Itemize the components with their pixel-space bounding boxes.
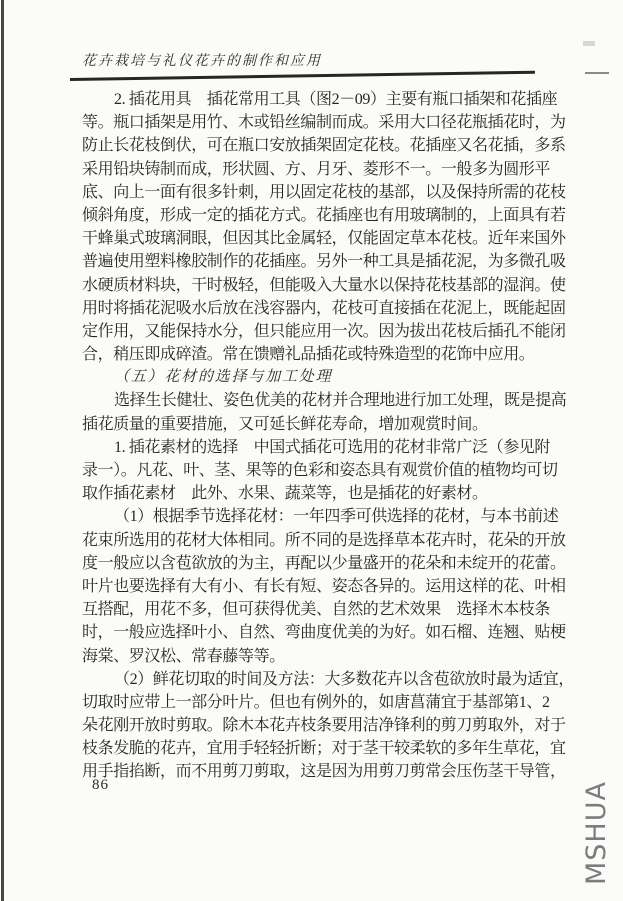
- text-line: 等。瓶口插架是用竹、木或铅丝编制而成。采用大口径花瓶插花时，为: [82, 111, 550, 134]
- text-line: 花束所选用的花材大体相同。所不同的是选择草本花卉时，花朵的开放: [82, 529, 550, 552]
- text-line: 插花质量的重要措施，又可延长鲜花寿命，增加观赏时间。: [82, 413, 550, 436]
- text-line: 朵花刚开放时剪取。除木本花卉枝条要用洁净锋利的剪刀剪取外，对于: [82, 714, 550, 737]
- text-line: 防止长花枝倒伏，可在瓶口安放插架固定花枝。花插座又名花插，多系: [82, 134, 550, 157]
- text-line: 普遍使用塑料橡胶制作的花插座。另外一种工具是插花泥，为多微孔吸: [82, 250, 550, 273]
- text-line: 选择生长健壮、姿色优美的花材并合理地进行加工处理，既是提高: [82, 389, 550, 412]
- book-page: 花卉栽培与礼仪花卉的制作和应用 2. 插花用具 插花常用工具（图2－09）主要有…: [0, 0, 623, 901]
- scan-artifact: [583, 41, 595, 46]
- text-line: 互搭配，用花不多，但可获得优美、自然的艺术效果 选择木本枝条: [82, 598, 550, 621]
- text-line: 倾斜角度，形成一定的插花方式。花插座也有用玻璃制的，上面具有若: [82, 204, 550, 227]
- text-line: 海棠、罗汉松、常春藤等等。: [82, 645, 550, 668]
- text-line: 定作用，又能保持水分，但只能应用一次。因为拔出花枝后插孔不能闭: [82, 320, 550, 343]
- text-line: 2. 插花用具 插花常用工具（图2－09）主要有瓶口插架和花插座: [82, 88, 550, 111]
- text-line: （1）根据季节选择花材：一年四季可供选择的花材，与本书前述: [82, 505, 550, 528]
- text-line: 取作插花素材 此外、水果、蔬菜等，也是插花的好素材。: [82, 482, 550, 505]
- text-line: 1. 插花素材的选择 中国式插花可选用的花材非常广泛（参见附: [82, 436, 550, 459]
- text-line: 采用铅块铸制而成，形状圆、方、月牙、菱形不一。一般多为圆形平: [82, 158, 550, 181]
- header-rule-artifact: [585, 72, 609, 74]
- running-header-title: 花卉栽培与礼仪花卉的制作和应用: [82, 50, 322, 70]
- text-line: 水硬质材料块，干时极轻，但能吸入大量水以保持花枝基部的湿润。使: [82, 274, 550, 297]
- page-number: 86: [92, 777, 109, 794]
- text-line: 合，稍压即成碎渣。常在馈赠礼品插花或特殊造型的花饰中应用。: [82, 343, 550, 366]
- header-rule: [70, 71, 535, 81]
- text-line: 底、向上一面有很多针刺，用以固定花枝的基部，以及保持所需的花枝: [82, 181, 550, 204]
- text-line: 干蜂巢式玻璃洞眼，但因其比金属轻，仅能固定草本花枝。近年来国外: [82, 227, 550, 250]
- section-subheading: （五）花材的选择与加工处理: [82, 366, 550, 389]
- watermark: MSHUA: [582, 763, 612, 901]
- text-line: 切取时应带上一部分叶片。但也有例外的，如唐菖蒲宜于基部第1、2: [82, 691, 550, 714]
- scan-edge-line: [1, 0, 4, 901]
- text-line: 度一般应以含苞欲放的为主，再配以少量盛开的花朵和未绽开的花蕾。: [82, 552, 550, 575]
- text-line: 用时将插花泥吸水后放在浅容器内，花枝可直接插在花泥上，既能起固: [82, 297, 550, 320]
- text-line: 叶片也要选择有大有小、有长有短、姿态各异的。运用这样的花、叶相: [82, 575, 550, 598]
- text-line: 用手指掐断，而不用剪刀剪取，这是因为用剪刀剪常会压伤茎干导管，: [82, 760, 550, 783]
- body-text: 2. 插花用具 插花常用工具（图2－09）主要有瓶口插架和花插座等。瓶口插架是用…: [82, 88, 550, 784]
- text-line: 录一）。凡花、叶、茎、果等的色彩和姿态具有观赏价值的植物均可切: [82, 459, 550, 482]
- text-line: 时，一般应选择叶小、自然、弯曲度优美的为好。如石榴、连翘、贴梗: [82, 621, 550, 644]
- text-line: 枝条发脆的花卉，宜用手轻轻折断；对于茎干较柔软的多年生草花，宜: [82, 737, 550, 760]
- text-line: （2）鲜花切取的时间及方法：大多数花卉以含苞欲放时最为适宜，: [82, 668, 550, 691]
